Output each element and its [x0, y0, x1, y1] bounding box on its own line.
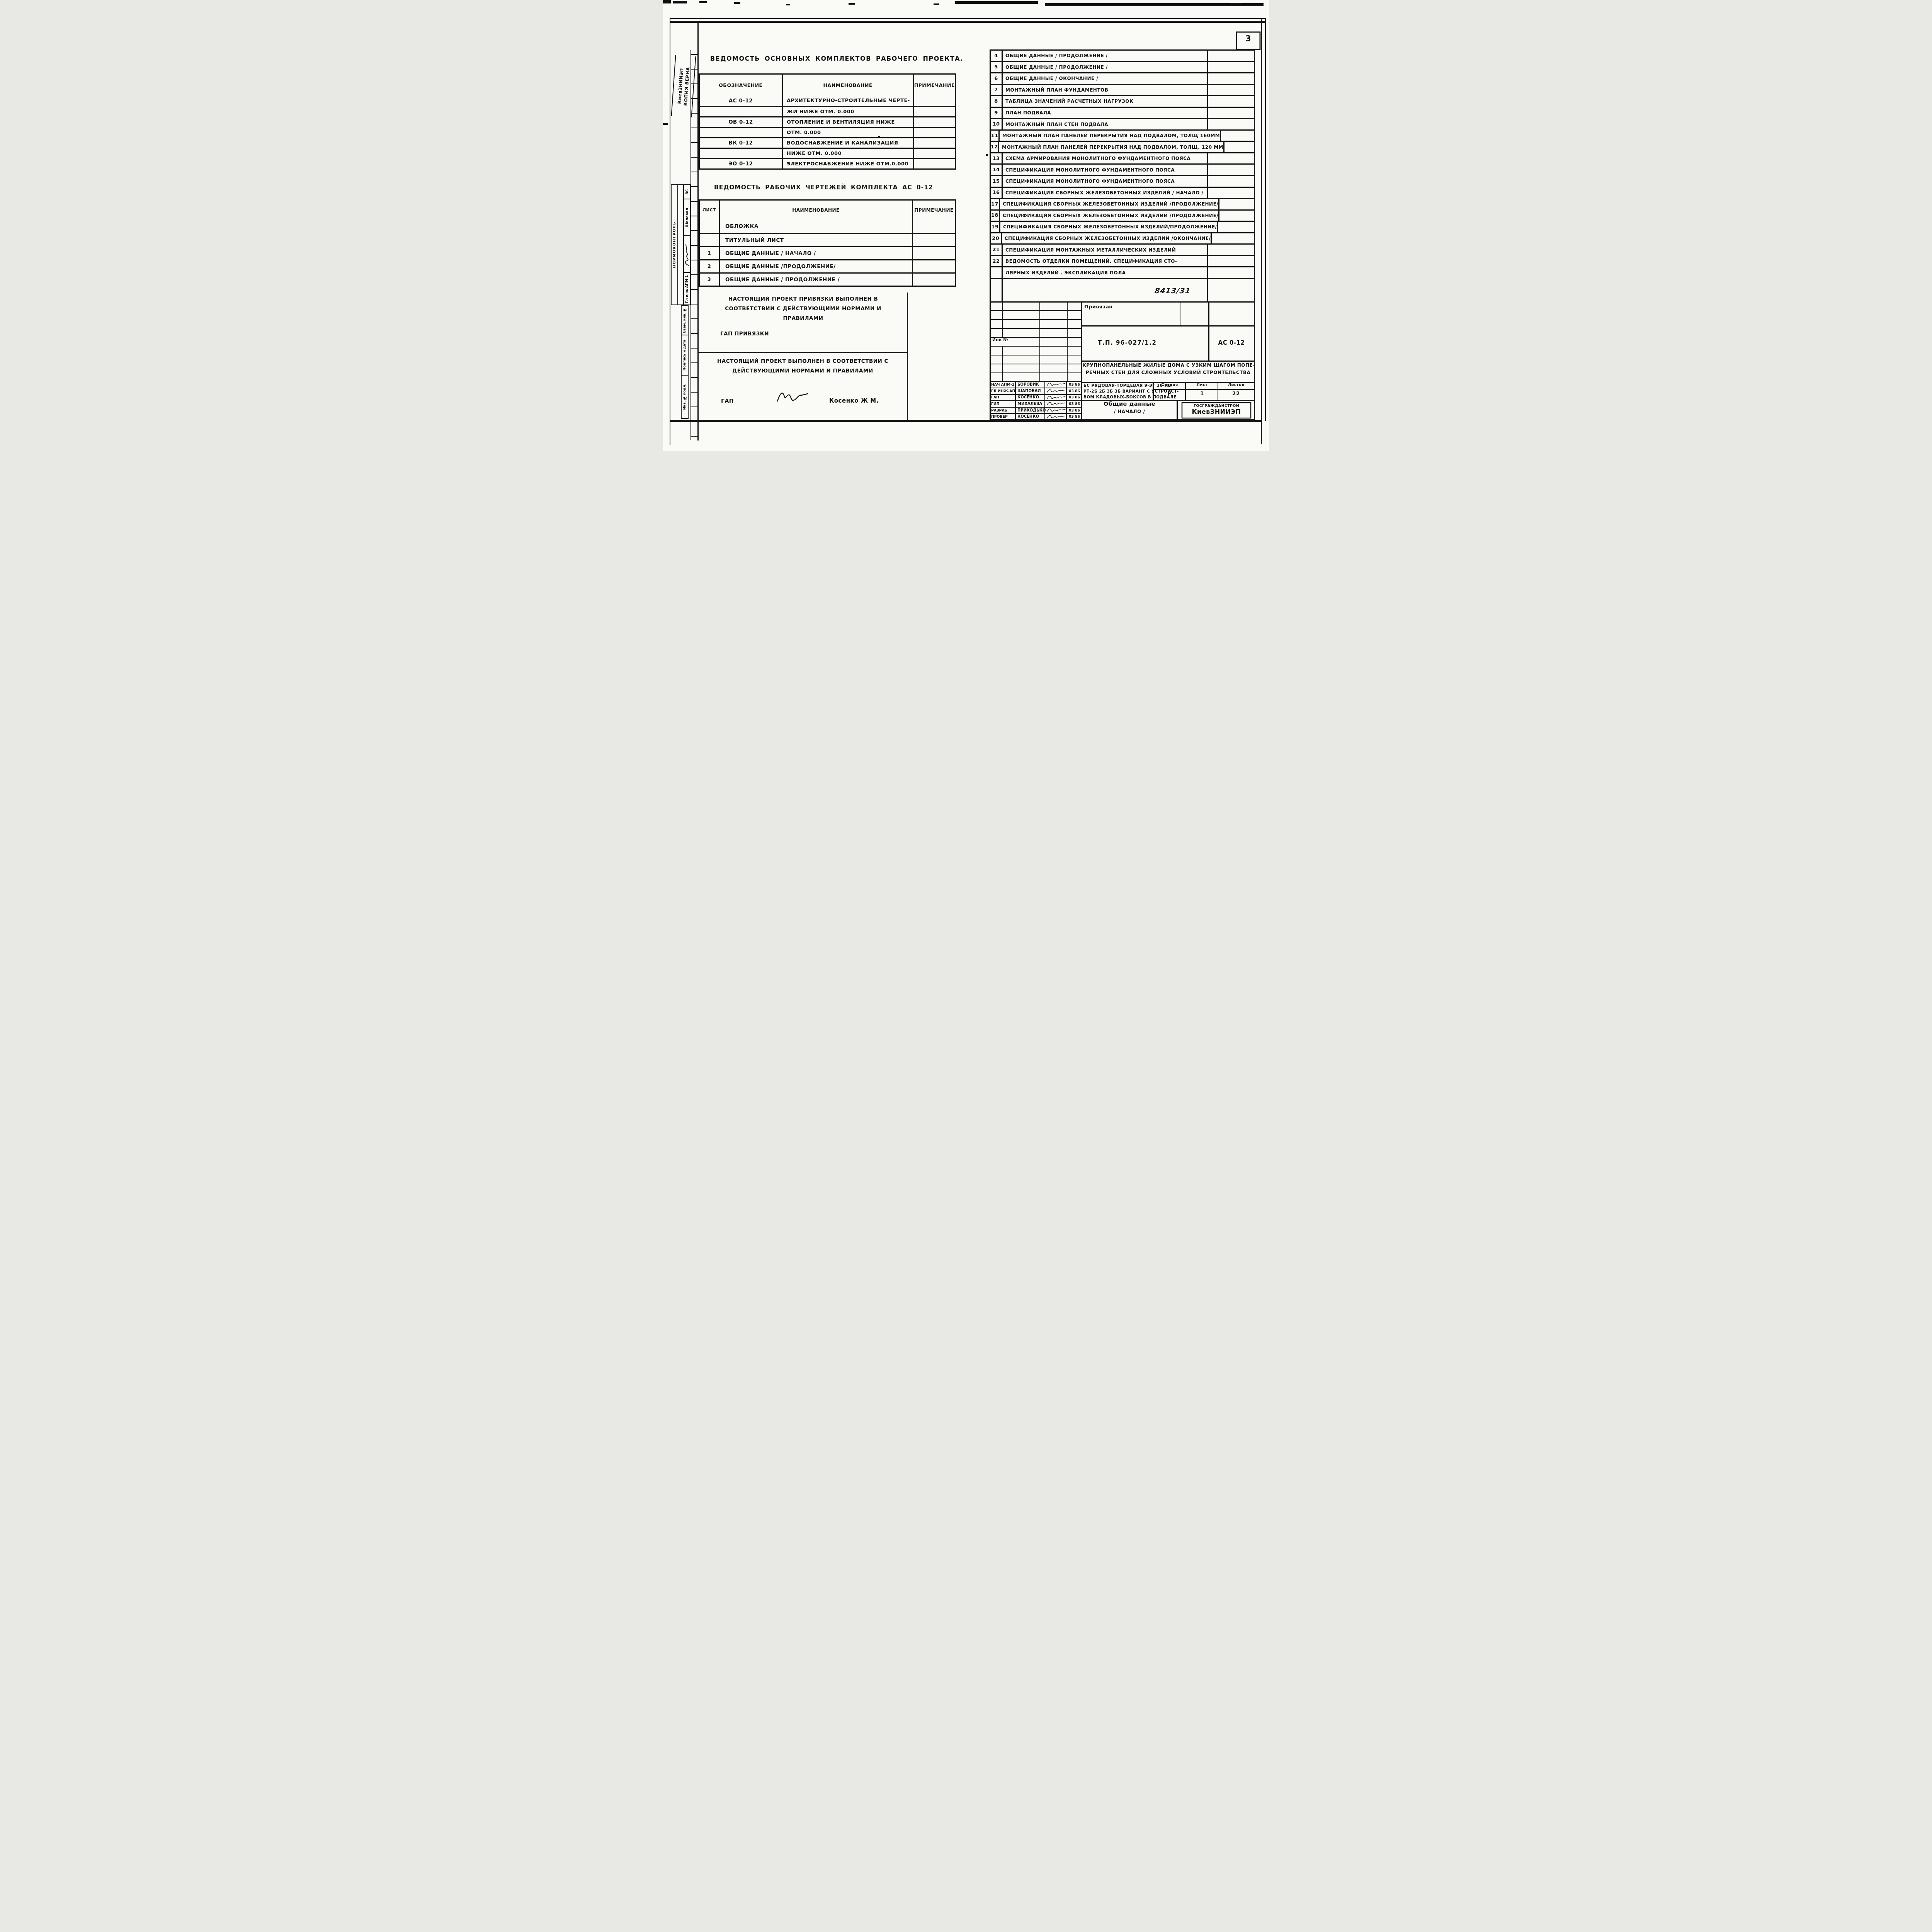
frame-label-text: Подпись и дата	[683, 340, 687, 371]
drawing-sheet-no	[700, 220, 720, 233]
page-number: 3	[1236, 34, 1260, 43]
index-row-number: 17	[991, 199, 1000, 209]
sheets-header: Листов	[1218, 383, 1254, 387]
sheet-title-line1: Общие данные	[1082, 401, 1177, 407]
drawings-row: ОБЛОЖКА	[700, 220, 955, 233]
index-row-number: 16	[991, 188, 1003, 198]
drawing-sheet-no: 3	[700, 274, 720, 286]
index-row-name: СПЕЦИФИКАЦИЯ МОНТАЖНЫХ МЕТАЛЛИЧЕСКИХ ИЗД…	[1003, 245, 1208, 255]
kit-name: ОТОПЛЕНИЕ И ВЕНТИЛЯЦИЯ НИЖЕ	[783, 117, 914, 127]
drawings-header-name: НАИМЕНОВАНИЕ	[720, 201, 913, 220]
index-row-number: 5	[991, 62, 1003, 73]
index-row-name: ОБЩИЕ ДАННЫЕ / ПРОДОЛЖЕНИЕ /	[1003, 51, 1208, 61]
signature-mark-cell	[1045, 414, 1068, 420]
sheet-index-row: 11 МОНТАЖНЫЙ ПЛАН ПАНЕЛЕЙ ПЕРЕКРЫТИЯ НАД…	[991, 129, 1254, 141]
sheet-value: 1	[1186, 391, 1218, 397]
drawing-note	[913, 247, 955, 259]
signature-date: 03 86	[1068, 383, 1081, 387]
sheet-index-row: 4 ОБЩИЕ ДАННЫЕ / ПРОДОЛЖЕНИЕ /	[991, 51, 1254, 61]
sheet-index-row: 21 СПЕЦИФИКАЦИЯ МОНТАЖНЫХ МЕТАЛЛИЧЕСКИХ …	[991, 243, 1254, 255]
stage-header: Стадия	[1154, 383, 1185, 387]
sheet-index-row: 15 СПЕЦИФИКАЦИЯ МОНОЛИТНОГО ФУНДАМЕНТНОГ…	[991, 175, 1254, 187]
normcontrol-year-cell: 86	[684, 185, 690, 199]
archive-number: 8413/31	[1154, 287, 1191, 295]
normcontrol-stamp: НОРМОКОНТРОЛЬ 86 Шаповал Гл инж АПМ-1	[671, 184, 691, 305]
signature	[1046, 382, 1066, 387]
index-row-note	[1208, 119, 1254, 129]
normcontrol-name-cell: Шаповал	[684, 199, 690, 236]
index-row-note	[1208, 267, 1254, 278]
signature-row: НАЧ АПМ-1 БОРОВИК 03 86	[990, 381, 1081, 388]
drawings-header-row: ЛИСТ НАИМЕНОВАНИЕ ПРИМЕЧАНИЕ	[700, 201, 955, 220]
sheet-index-row: 9 ПЛАН ПОДВАЛА	[991, 107, 1254, 118]
sheet-index-row: 12 МОНТАЖНЫЙ ПЛАН ПАНЕЛЕЙ ПЕРЕКРЫТИЯ НАД…	[991, 141, 1254, 152]
drawing-sheet-no: 2	[700, 260, 720, 272]
drawing-name: ТИТУЛЬНЫЙ ЛИСТ	[720, 234, 913, 246]
kit-name: ОТМ. 0.000	[783, 128, 914, 137]
drawings-header-note: ПРИМЕЧАНИЕ	[913, 201, 955, 220]
kit-name: АРХИТЕКТУРНО-СТРОИТЕЛЬНЫЕ ЧЕРТЕ-	[783, 95, 914, 106]
signature-mark-cell	[1045, 388, 1068, 394]
index-row-name: МОНТАЖНЫЙ ПЛАН ФУНДАМЕНТОВ	[1003, 85, 1208, 95]
signature	[1046, 401, 1066, 406]
note1-signature-label: ГАП ПРИВЯЗКИ	[720, 331, 769, 337]
sheet-index-row: 5 ОБЩИЕ ДАННЫЕ / ПРОДОЛЖЕНИЕ /	[991, 61, 1254, 73]
kit-name: ЖИ НИЖЕ ОТМ. 0.000	[783, 107, 914, 116]
signature-date: 03 86	[1068, 395, 1081, 400]
index-row-name: МОНТАЖНЫЙ ПЛАН ПАНЕЛЕЙ ПЕРЕКРЫТИЯ НАД ПО…	[1000, 131, 1221, 141]
kits-rows: АС 0-12 АРХИТЕКТУРНО-СТРОИТЕЛЬНЫЕ ЧЕРТЕ-…	[700, 95, 955, 168]
index-row-note	[1208, 62, 1254, 73]
index-row-note	[1208, 96, 1254, 107]
drawings-header-sheet: ЛИСТ	[700, 201, 720, 220]
index-row-number: 4	[991, 51, 1003, 61]
index-row-number: 21	[991, 245, 1003, 255]
index-row-name: СХЕМА АРМИРОВАНИЯ МОНОЛИТНОГО ФУНДАМЕНТН…	[1003, 153, 1208, 164]
signature	[1046, 395, 1066, 400]
note1-line3: ПРАВИЛАМИ	[706, 315, 901, 321]
signature-name: КОСЕНКО	[1016, 395, 1045, 400]
drawing-note	[913, 274, 955, 286]
index-row-number: 20	[991, 233, 1002, 244]
kits-row: ЭО 0-12 ЭЛЕКТРОСНАБЖЕНИЕ НИЖЕ ОТМ.0.000	[700, 158, 955, 168]
sheet-index-row: 22 ВЕДОМОСТЬ ОТДЕЛКИ ПОМЕЩЕНИЙ. СПЕЦИФИК…	[991, 255, 1254, 267]
signature-date: 03 86	[1068, 408, 1081, 413]
index-row-name: ОБЩИЕ ДАННЫЕ / ОКОНЧАНИЕ /	[1003, 73, 1208, 84]
index-row-note	[1208, 176, 1254, 187]
kits-row: ВК 0-12 ВОДОСНАБЖЕНИЕ И КАНАЛИЗАЦИЯ	[700, 137, 955, 148]
index-row-number: 19	[991, 222, 1000, 232]
kit-code	[700, 149, 783, 158]
note2-line1: НАСТОЯЩИЙ ПРОЕКТ ВЫПОЛНЕН В СООТВЕТСТВИИ…	[703, 358, 902, 364]
note2-name: Косенко Ж М.	[829, 397, 879, 404]
kit-code: ОВ 0-12	[700, 117, 783, 127]
index-row-name: СПЕЦИФИКАЦИЯ СБОРНЫХ ЖЕЛЕЗОБЕТОННЫХ ИЗДЕ…	[1000, 211, 1219, 221]
drawings-title: ВЕДОМОСТЬ РАБОЧИХ ЧЕРТЕЖЕЙ КОМПЛЕКТА АС …	[714, 184, 933, 191]
signature-name: КОСЕНКО	[1016, 415, 1045, 419]
signature-row: ГАП КОСЕНКО 03 86	[990, 394, 1081, 401]
kit-name: НИЖЕ ОТМ. 0.000	[783, 149, 914, 158]
kit-note	[914, 138, 955, 148]
privyazan-label: Привязан	[1084, 304, 1113, 310]
kit-note	[914, 107, 955, 116]
signature-date: 03 86	[1068, 415, 1081, 419]
signature-row: РАЗРАБ ПРИХОДЬКО 03 86	[990, 407, 1081, 414]
index-row-name: СПЕЦИФИКАЦИЯ СБОРНЫХ ЖЕЛЕЗОБЕТОННЫХ ИЗДЕ…	[1003, 188, 1208, 198]
kit-name: ЭЛЕКТРОСНАБЖЕНИЕ НИЖЕ ОТМ.0.000	[783, 159, 914, 168]
drawing-sheet-no: 1	[700, 247, 720, 259]
index-row-number: 12	[991, 142, 999, 152]
kits-row: АС 0-12 АРХИТЕКТУРНО-СТРОИТЕЛЬНЫЕ ЧЕРТЕ-	[700, 95, 955, 106]
frame-label-text: Инв. № подл.	[683, 384, 687, 410]
index-row-note	[1208, 85, 1254, 95]
kit-code	[700, 128, 783, 137]
drawing-name: ОБЩИЕ ДАННЫЕ / НАЧАЛО /	[720, 247, 913, 259]
kit-code: АС 0-12	[700, 95, 783, 106]
index-row-note	[1208, 51, 1254, 61]
signature-mark-cell	[1045, 401, 1068, 406]
index-row-name: ПЛАН ПОДВАЛА	[1003, 108, 1208, 118]
note2-role: ГАП	[721, 398, 734, 404]
sheet-index-row: 19 СПЕЦИФИКАЦИЯ СБОРНЫХ ЖЕЛЕЗОБЕТОННЫХ И…	[991, 221, 1254, 232]
frame-label-podpis-data: Подпись и дата	[681, 335, 689, 376]
drawing-note	[913, 260, 955, 272]
drawing-name: ОБЩИЕ ДАННЫЕ / ПРОДОЛЖЕНИЕ /	[720, 274, 913, 286]
index-row-name: ЛЯРНЫХ ИЗДЕЛИЙ . ЭКСПЛИКАЦИЯ ПОЛА	[1003, 267, 1208, 278]
project-name-line1: КРУПНОПАНЕЛЬНЫЕ ЖИЛЫЕ ДОМА С УЗКИМ ШАГОМ…	[1082, 362, 1254, 368]
signature-mark-cell	[1045, 395, 1068, 400]
index-row-name: МОНТАЖНЫЙ ПЛАН СТЕН ПОДВАЛА	[1003, 119, 1208, 129]
index-row-number	[991, 267, 1003, 278]
kit-code: ЭО 0-12	[700, 159, 783, 168]
normcontrol-name: Шаповал	[685, 208, 689, 228]
kit-name: ВОДОСНАБЖЕНИЕ И КАНАЛИЗАЦИЯ	[783, 138, 914, 148]
scanned-drawing-sheet: 3 КиевЗНИИЭП КОПИЯ ВЕРНА НОРМОКОНТРОЛЬ 8…	[663, 0, 1269, 451]
index-row-note	[1208, 108, 1254, 118]
index-row-note	[1219, 199, 1254, 209]
sheet-index-row: 17 СПЕЦИФИКАЦИЯ СБОРНЫХ ЖЕЛЕЗОБЕТОННЫХ И…	[991, 198, 1254, 209]
index-row-note	[1208, 165, 1254, 175]
copy-stamp: КиевЗНИИЭП КОПИЯ ВЕРНА	[671, 55, 696, 117]
index-row-name: ТАБЛИЦА ЗНАЧЕНИЙ РАСЧЕТНЫХ НАГРУЗОК	[1003, 96, 1208, 107]
drawing-sheet-no	[700, 234, 720, 246]
normcontrol-year: 86	[685, 189, 689, 194]
kits-header-note: ПРИМЕЧАНИЕ	[914, 75, 955, 95]
signature	[1046, 388, 1066, 394]
index-row-number: 22	[991, 256, 1003, 267]
drawings-row: 3 ОБЩИЕ ДАННЫЕ / ПРОДОЛЖЕНИЕ /	[700, 272, 955, 286]
kits-table: ОБОЗНАЧЕНИЕ НАИМЕНОВАНИЕ ПРИМЕЧАНИЕ АС 0…	[699, 73, 956, 170]
sheet-index-row: 7 МОНТАЖНЫЙ ПЛАН ФУНДАМЕНТОВ	[991, 84, 1254, 95]
drawings-row: 1 ОБЩИЕ ДАННЫЕ / НАЧАЛО /	[700, 246, 955, 259]
index-row-number: 8	[991, 96, 1003, 107]
drawing-note	[913, 220, 955, 233]
kits-header-name: НАИМЕНОВАНИЕ	[783, 75, 914, 95]
kits-title: ВЕДОМОСТЬ ОСНОВНЫХ КОМПЛЕКТОВ РАБОЧЕГО П…	[710, 55, 963, 62]
index-row-name: ОБЩИЕ ДАННЫЕ / ПРОДОЛЖЕНИЕ /	[1003, 62, 1208, 73]
index-row-name: СПЕЦИФИКАЦИЯ СБОРНЫХ ЖЕЛЕЗОБЕТОННЫХ ИЗДЕ…	[1002, 233, 1212, 244]
drawing-name: ОБЩИЕ ДАННЫЕ /ПРОДОЛЖЕНИЕ/	[720, 260, 913, 272]
signature-name: ШАПОВАЛ	[1016, 389, 1045, 393]
signature-date: 03 86	[1068, 402, 1081, 406]
index-row-note	[1218, 222, 1254, 232]
kit-code: ВК 0-12	[700, 138, 783, 148]
org-name-line2: КиевЗНИИЭП	[1182, 408, 1251, 415]
kits-row: ОТМ. 0.000	[700, 127, 955, 137]
stage-value: Р	[1154, 391, 1185, 397]
frame-label-vzam-inv: Взам. инв. №	[681, 305, 689, 335]
drawing-note	[913, 234, 955, 246]
project-name-line2: РЕЧНЫХ СТЕН ДЛЯ СЛОЖНЫХ УСЛОВИЙ СТРОИТЕЛ…	[1082, 370, 1254, 375]
index-row-name: ВЕДОМОСТЬ ОТДЕЛКИ ПОМЕЩЕНИЙ. СПЕЦИФИКАЦИ…	[1003, 256, 1208, 267]
index-row-note	[1208, 73, 1254, 84]
index-row-number: 10	[991, 119, 1003, 129]
doc-code: Т.П. 96-027/1.2	[1098, 339, 1156, 346]
sheet-index-table: 4 ОБЩИЕ ДАННЫЕ / ПРОДОЛЖЕНИЕ / 5 ОБЩИЕ Д…	[990, 49, 1255, 279]
gap-signature	[774, 389, 810, 405]
normcontrol-label: НОРМОКОНТРОЛЬ	[672, 221, 677, 268]
index-row-note	[1208, 153, 1254, 164]
signature-name: БОРОВИК	[1016, 383, 1045, 387]
index-row-note	[1225, 142, 1254, 152]
frame-label-text: Взам. инв. №	[683, 308, 687, 333]
org-name-line1: ГОСГРАЖДАНСТРОЙ	[1182, 404, 1251, 408]
kits-row: ОВ 0-12 ОТОПЛЕНИЕ И ВЕНТИЛЯЦИЯ НИЖЕ	[700, 116, 955, 127]
drawings-row: 2 ОБЩИЕ ДАННЫЕ /ПРОДОЛЖЕНИЕ/	[700, 259, 955, 272]
index-row-note	[1208, 256, 1254, 267]
signature-role: ГЛ ИНЖ.АПМ	[990, 389, 1016, 393]
sheet-index-row: 6 ОБЩИЕ ДАННЫЕ / ОКОНЧАНИЕ /	[991, 72, 1254, 84]
sheet-index-row: 10 МОНТАЖНЫЙ ПЛАН СТЕН ПОДВАЛА	[991, 118, 1254, 129]
kits-header-code: ОБОЗНАЧЕНИЕ	[700, 75, 783, 95]
index-row-name: СПЕЦИФИКАЦИЯ СБОРНЫХ ЖЕЛЕЗОБЕТОННЫХ ИЗДЕ…	[1000, 199, 1219, 209]
normcontrol-role: Гл инж АПМ-1	[685, 275, 689, 303]
frame-label-inv-podl: Инв. № подл.	[681, 375, 689, 419]
kit-note	[914, 117, 955, 127]
signature	[684, 243, 690, 266]
index-row-name: СПЕЦИФИКАЦИЯ МОНОЛИТНОГО ФУНДАМЕНТНОГО П…	[1003, 165, 1208, 175]
index-row-name: МОНТАЖНЫЙ ПЛАН ПАНЕЛЕЙ ПЕРЕКРЫТИЯ НАД ПО…	[999, 142, 1225, 152]
signature-role: НАЧ АПМ-1	[990, 383, 1016, 387]
sheet-header: Лист	[1186, 383, 1218, 387]
inventory-label: Инв №	[992, 338, 1008, 342]
signature-row: ПРОВЕР КОСЕНКО 03 86	[990, 413, 1081, 420]
index-row-note	[1212, 233, 1254, 244]
sheet-index-row: 16 СПЕЦИФИКАЦИЯ СБОРНЫХ ЖЕЛЕЗОБЕТОННЫХ И…	[991, 187, 1254, 198]
set-code: АС 0-12	[1210, 339, 1253, 346]
index-row-note	[1221, 131, 1254, 141]
index-row-number: 11	[991, 131, 1000, 141]
index-row-number: 7	[991, 85, 1003, 95]
index-row-name: СПЕЦИФИКАЦИЯ СБОРНЫХ ЖЕЛЕЗОБЕТОННЫХ ИЗДЕ…	[1000, 222, 1218, 232]
index-row-number: 18	[991, 211, 1000, 221]
signature-role: ГАП	[990, 395, 1016, 400]
normcontrol-empty-col	[678, 185, 684, 304]
signature-mark-cell	[1045, 408, 1068, 413]
index-row-note	[1208, 188, 1254, 198]
sheet-index-row: 18 СПЕЦИФИКАЦИЯ СБОРНЫХ ЖЕЛЕЗОБЕТОННЫХ И…	[991, 209, 1254, 221]
kits-row: НИЖЕ ОТМ. 0.000	[700, 148, 955, 158]
signature-role: РАЗРАБ	[990, 408, 1016, 413]
index-row-note	[1208, 245, 1254, 255]
signature-name: МИХАЛЕВА	[1016, 402, 1045, 406]
signature-rows: НАЧ АПМ-1 БОРОВИК 03 86 ГЛ ИНЖ.АПМ ШАПОВ…	[990, 381, 1081, 420]
kit-note	[914, 95, 955, 106]
signature	[1046, 408, 1066, 413]
sheet-index-row: 14 СПЕЦИФИКАЦИЯ МОНОЛИТНОГО ФУНДАМЕНТНОГ…	[991, 163, 1254, 175]
signature-date: 03 86	[1068, 389, 1081, 393]
signature-row: ГЛ ИНЖ.АПМ ШАПОВАЛ 03 86	[990, 388, 1081, 395]
sheet-index-row: 8 ТАБЛИЦА ЗНАЧЕНИЙ РАСЧЕТНЫХ НАГРУЗОК	[991, 95, 1254, 107]
sheet-title-line2: / НАЧАЛО /	[1082, 409, 1177, 414]
signature	[1046, 414, 1066, 420]
drawing-name: ОБЛОЖКА	[720, 220, 913, 233]
kit-note	[914, 159, 955, 168]
normcontrol-label-cell: НОРМОКОНТРОЛЬ	[672, 185, 678, 304]
signature-row: ГИП МИХАЛЕВА 03 86	[990, 401, 1081, 407]
signature-mark-cell	[1045, 382, 1068, 387]
sheet-index-row: ЛЯРНЫХ ИЗДЕЛИЙ . ЭКСПЛИКАЦИЯ ПОЛА	[991, 266, 1254, 278]
index-row-number: 9	[991, 108, 1003, 118]
index-row-number: 13	[991, 153, 1003, 164]
normcontrol-role-cell: Гл инж АПМ-1	[684, 272, 690, 305]
drawings-rows: ОБЛОЖКА ТИТУЛЬНЫЙ ЛИСТ 1 ОБЩИЕ ДАННЫЕ / …	[700, 220, 955, 286]
note1-line1: НАСТОЯЩИЙ ПРОЕКТ ПРИВЯЗКИ ВЫПОЛНЕН В	[706, 296, 901, 302]
normcontrol-signature-cell	[684, 235, 690, 273]
title-block: Привязан Инв № Т.П. 96-027/1.2 АС 0-12 К…	[990, 301, 1255, 420]
kits-row: ЖИ НИЖЕ ОТМ. 0.000	[700, 106, 955, 116]
note1-line2: СООТВЕТСТВИИ С ДЕЙСТВУЮЩИМИ НОРМАМИ И	[706, 306, 901, 312]
index-row-name: СПЕЦИФИКАЦИЯ МОНОЛИТНОГО ФУНДАМЕНТНОГО П…	[1003, 176, 1208, 187]
index-row-number: 14	[991, 165, 1003, 175]
kits-header-row: ОБОЗНАЧЕНИЕ НАИМЕНОВАНИЕ ПРИМЕЧАНИЕ	[700, 75, 955, 95]
sheets-value: 22	[1218, 391, 1254, 397]
sheet-index-row: 13 СХЕМА АРМИРОВАНИЯ МОНОЛИТНОГО ФУНДАМЕ…	[991, 152, 1254, 164]
drawings-table: ЛИСТ НАИМЕНОВАНИЕ ПРИМЕЧАНИЕ ОБЛОЖКА ТИТ…	[699, 199, 956, 287]
index-row-number: 6	[991, 73, 1003, 84]
kit-note	[914, 128, 955, 137]
note2-line2: ДЕЙСТВУЮЩИМИ НОРМАМИ И ПРАВИЛАМИ	[703, 368, 902, 374]
index-row-number: 15	[991, 176, 1003, 187]
kit-code	[700, 107, 783, 116]
kit-note	[914, 149, 955, 158]
sheet-index-row: 20 СПЕЦИФИКАЦИЯ СБОРНЫХ ЖЕЛЕЗОБЕТОННЫХ И…	[991, 232, 1254, 244]
drawings-row: ТИТУЛЬНЫЙ ЛИСТ	[700, 233, 955, 246]
index-row-note	[1219, 211, 1254, 221]
signature-name: ПРИХОДЬКО	[1016, 408, 1045, 413]
signature-role: ГИП	[990, 402, 1016, 406]
signature-role: ПРОВЕР	[990, 415, 1016, 419]
